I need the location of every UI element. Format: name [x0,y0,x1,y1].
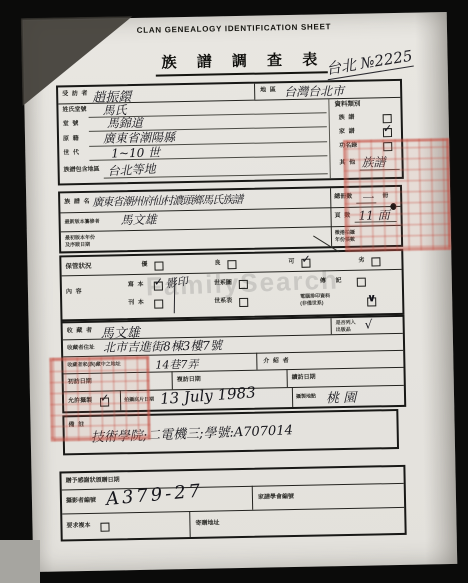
lineage-chart-label: 世系圖 [214,280,232,287]
document-title-chinese: 族 譜 調 查 表 [155,48,327,76]
divider [331,318,332,334]
divider [328,98,331,178]
lineage-table-label: 世系表 [214,298,232,305]
film-date-value: 13 July 1983 [159,383,256,408]
divider [254,84,255,100]
condition-excellent-label: 優 [141,262,148,269]
introducer-label: 介 紹 者 [263,358,289,365]
request-copy-label: 要求複本 [66,523,90,530]
checkmark: ✓ [301,253,310,266]
listed-label-line1: 是否列入 [336,320,356,326]
condition-label: 保管狀況 [65,263,91,271]
send-address-label: 寄贈地址 [195,520,219,527]
photographer-number-value: A379-27 [105,480,204,510]
listed-label-line2: 出版品 [336,327,351,333]
pen-stroke [174,277,176,313]
interviewee-label: 受 訪 者 [62,91,88,98]
biography-checkbox [357,277,366,286]
checkbox [100,523,109,532]
condition-poor-label: 劣 [358,258,365,265]
category-zupu-label: 族 譜 [339,115,356,122]
region-value: 台灣台北市 [284,82,344,100]
computer-label-line1: 電腦排印資料 [300,293,330,300]
checkmark: ∨ [367,291,376,304]
condition-good-checkbox [227,259,236,268]
printed-checkbox [154,298,163,307]
hall-label: 堂 號 [63,121,80,128]
divider [252,486,253,510]
divider [62,269,402,277]
category-header: 資料類別 [334,101,360,109]
checkbox [239,280,248,289]
divider [330,188,332,246]
section-administration: 贈予感謝狀頒贈日期 攝影者編號 A379-27 家譜學會編號 要求複本 寄贈地址 [59,465,406,542]
condition-fair-label: 可 [288,259,295,266]
listed-checkmark: √ [365,317,373,331]
manuscript-label: 寫 本 [128,282,145,289]
condition-good-label: 良 [214,260,221,267]
computer-checkbox: ∨ [367,296,376,305]
manuscript-note-handwritten: 影印 [165,273,189,292]
award-date-label: 贈予感謝狀頒贈日期 [66,477,120,485]
request-copy-checkbox [100,522,109,531]
compiler-value: 馬文雄 [120,211,156,229]
divider [172,371,173,389]
collector-address-label: 收藏者住址 [67,345,95,352]
divider [189,511,190,537]
lineage-table-checkbox [239,297,248,306]
checkbox [227,260,236,269]
checkmark: ✓ [383,122,392,135]
photographer-number-label: 攝影者編號 [66,498,96,505]
scan-artifact-gray-patch [0,540,40,583]
region-label: 地 區 [260,87,277,94]
category-jiapu-label: 家 譜 [339,129,356,136]
checkbox [154,299,163,308]
manuscript-checkbox: ✓ [154,280,163,289]
red-seal-stamp-left [49,356,151,442]
genealogy-name-label: 族 譜 名 [64,199,90,206]
checkbox [239,298,248,307]
computer-label-line2: (非僅世系) [300,300,323,306]
surname-label: 姓氏堂號 [62,107,86,114]
divider [256,353,257,370]
content-label: 內 容 [66,289,83,296]
category-zupu-checkbox [383,113,392,122]
origin-label: 原 籍 [63,136,80,143]
second-visit-label: 複訪日期 [177,377,201,384]
red-seal-stamp-right [343,138,451,252]
condition-fair-checkbox: ✓ [301,258,310,267]
checkbox [154,261,163,270]
first-version-label-line1: 最初版本年份 [65,235,95,242]
printed-label: 刊 本 [128,300,145,307]
scanned-document: CLAN GENEALOGY IDENTIFICATION SHEET 族 譜 … [0,0,468,583]
compiler-label: 最新版本纂修者 [65,219,100,226]
collector-label: 收 藏 者 [67,328,93,335]
checkmark: ✓ [154,275,163,288]
handwritten-file-number: 台北 №2225 [324,45,414,81]
checkbox [357,278,366,287]
third-visit-label: 續訪日期 [292,375,316,382]
lineage-chart-checkbox [239,279,248,288]
society-number-label: 家譜學會編號 [258,494,294,502]
paper-sheet: CLAN GENEALOGY IDENTIFICATION SHEET 族 譜 … [23,12,458,572]
genealogy-name-value: 廣東省潮州府仙村濃頭鄉馬氏族譜 [92,191,242,210]
coverage-label: 族譜包含地區 [64,167,100,175]
collector-address-value: 北市吉進街8棟3樓7號 [103,336,222,355]
condition-excellent-checkbox [154,260,163,269]
generations-label: 世 代 [63,150,80,157]
checkbox [371,257,380,266]
divider [286,369,287,387]
place-label: 攝製地點 [296,394,316,400]
condition-poor-checkbox [371,256,380,265]
first-version-label-line2: 及序跋日期 [65,242,90,248]
section-condition-content: 保管狀況 優 良 可 ✓ 劣 內 容 寫 本 ✓ 影印 世系圖 傳 記 刊 本 … [59,249,404,322]
divider [292,387,293,407]
place-value: 桃 園 [326,387,356,407]
original-location-value: 14巷7弄 [155,356,198,373]
category-jiapu-checkbox: ✓ [383,127,392,136]
biography-label: 傳 記 [320,278,346,285]
